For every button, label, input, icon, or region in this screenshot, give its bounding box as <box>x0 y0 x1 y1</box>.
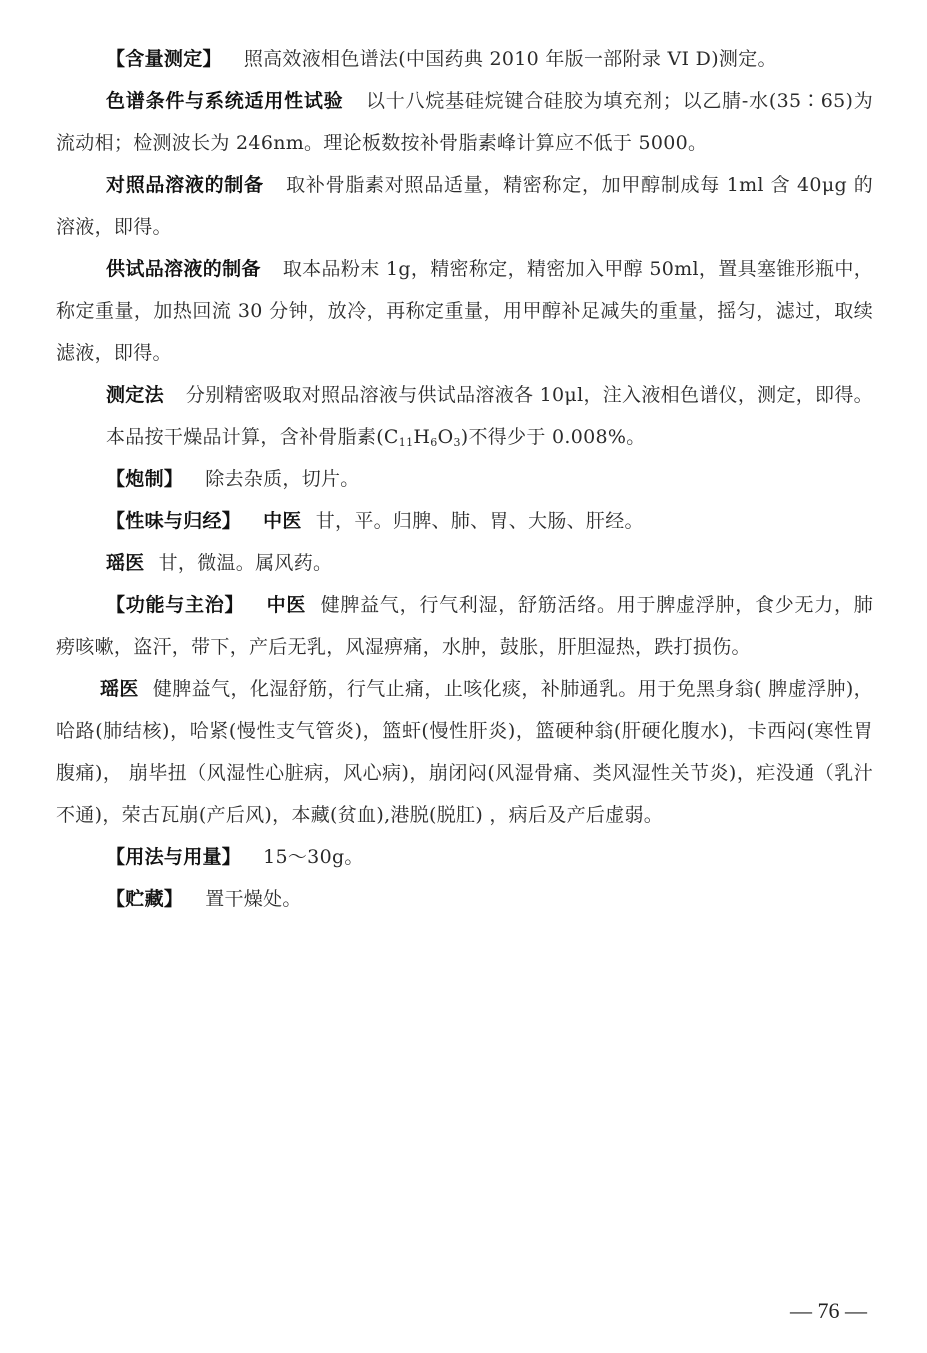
determination-text: 分别精密吸取对照品溶液与供试品溶液各 10μl，注入液相色谱仪，测定，即得。 <box>186 384 873 406</box>
functions-paragraph: 【功能与主治】中医健脾益气，行气利湿，舒筋活络。用于脾虚浮肿，食少无力，肺痨咳嗽… <box>56 584 873 668</box>
processing-text: 除去杂质，切片。 <box>205 468 359 490</box>
tcm-label: 中医 <box>266 594 306 616</box>
formula-element: O <box>438 426 454 448</box>
subheading-test-solution: 供试品溶液的制备 <box>106 258 261 280</box>
yao-functions-text: 健脾益气，化湿舒筋，行气止痛，止咳化痰，补肺通乳。用于免黑身翁( 脾虚浮肿)，哈… <box>56 678 873 826</box>
subheading-determination: 测定法 <box>106 384 164 406</box>
reference-solution-paragraph: 对照品溶液的制备取补骨脂素对照品适量，精密称定，加甲醇制成每 1ml 含 40μ… <box>56 164 873 248</box>
page-number: — 76 — <box>790 1298 867 1324</box>
usage-paragraph: 【用法与用量】15～30g。 <box>56 836 873 878</box>
content-assay-paragraph: 【含量测定】照高效液相色谱法(中国药典 2010 年版一部附录 VI D)测定。 <box>56 38 873 80</box>
yao-label: 瑶医 <box>106 552 145 574</box>
storage-text: 置干燥处。 <box>205 888 302 910</box>
storage-paragraph: 【贮藏】置干燥处。 <box>56 878 873 920</box>
formula-subscript: 11 <box>399 436 414 449</box>
usage-text: 15～30g。 <box>263 846 364 868</box>
document-page: 【含量测定】照高效液相色谱法(中国药典 2010 年版一部附录 VI D)测定。… <box>56 38 873 920</box>
formula-element: H <box>413 426 430 448</box>
processing-paragraph: 【炮制】除去杂质，切片。 <box>56 458 873 500</box>
yao-label: 瑶医 <box>100 678 139 700</box>
yao-functions-paragraph: 瑶医健脾益气，化湿舒筋，行气止痛，止咳化痰，补肺通乳。用于免黑身翁( 脾虚浮肿)… <box>56 668 873 836</box>
formula-subscript: 3 <box>453 436 460 449</box>
tcm-nature-text: 甘，平。归脾、肺、胃、大肠、肝经。 <box>316 510 644 532</box>
content-assay-text: 照高效液相色谱法(中国药典 2010 年版一部附录 VI D)测定。 <box>244 48 777 70</box>
yao-nature-paragraph: 瑶医甘，微温。属风药。 <box>56 542 873 584</box>
formula-subscript: 6 <box>430 436 437 449</box>
subheading-chromatography: 色谱条件与系统适用性试验 <box>106 90 343 112</box>
determination-paragraph: 测定法分别精密吸取对照品溶液与供试品溶液各 10μl，注入液相色谱仪，测定，即得… <box>56 374 873 416</box>
nature-meridian-paragraph: 【性味与归经】中医甘，平。归脾、肺、胃、大肠、肝经。 <box>56 500 873 542</box>
content-limit-text-end: )不得少于 0.008%。 <box>461 426 646 448</box>
yao-nature-text: 甘，微温。属风药。 <box>159 552 333 574</box>
section-heading-content-assay: 【含量测定】 <box>106 48 222 70</box>
subheading-reference-solution: 对照品溶液的制备 <box>106 174 264 196</box>
section-heading-processing: 【炮制】 <box>106 468 183 490</box>
section-heading-usage: 【用法与用量】 <box>106 846 241 868</box>
chromatography-paragraph: 色谱条件与系统适用性试验以十八烷基硅烷键合硅胶为填充剂；以乙腈-水(35∶65)… <box>56 80 873 164</box>
section-heading-functions: 【功能与主治】 <box>106 594 244 616</box>
section-heading-storage: 【贮藏】 <box>106 888 183 910</box>
content-limit-paragraph: 本品按干燥品计算，含补骨脂素(C11H6O3)不得少于 0.008%。 <box>56 416 873 458</box>
test-solution-paragraph: 供试品溶液的制备取本品粉末 1g，精密称定，精密加入甲醇 50ml，置具塞锥形瓶… <box>56 248 873 374</box>
section-heading-nature-meridian: 【性味与归经】 <box>106 510 241 532</box>
content-limit-text-start: 本品按干燥品计算，含补骨脂素(C <box>106 426 399 448</box>
tcm-label: 中医 <box>263 510 302 532</box>
